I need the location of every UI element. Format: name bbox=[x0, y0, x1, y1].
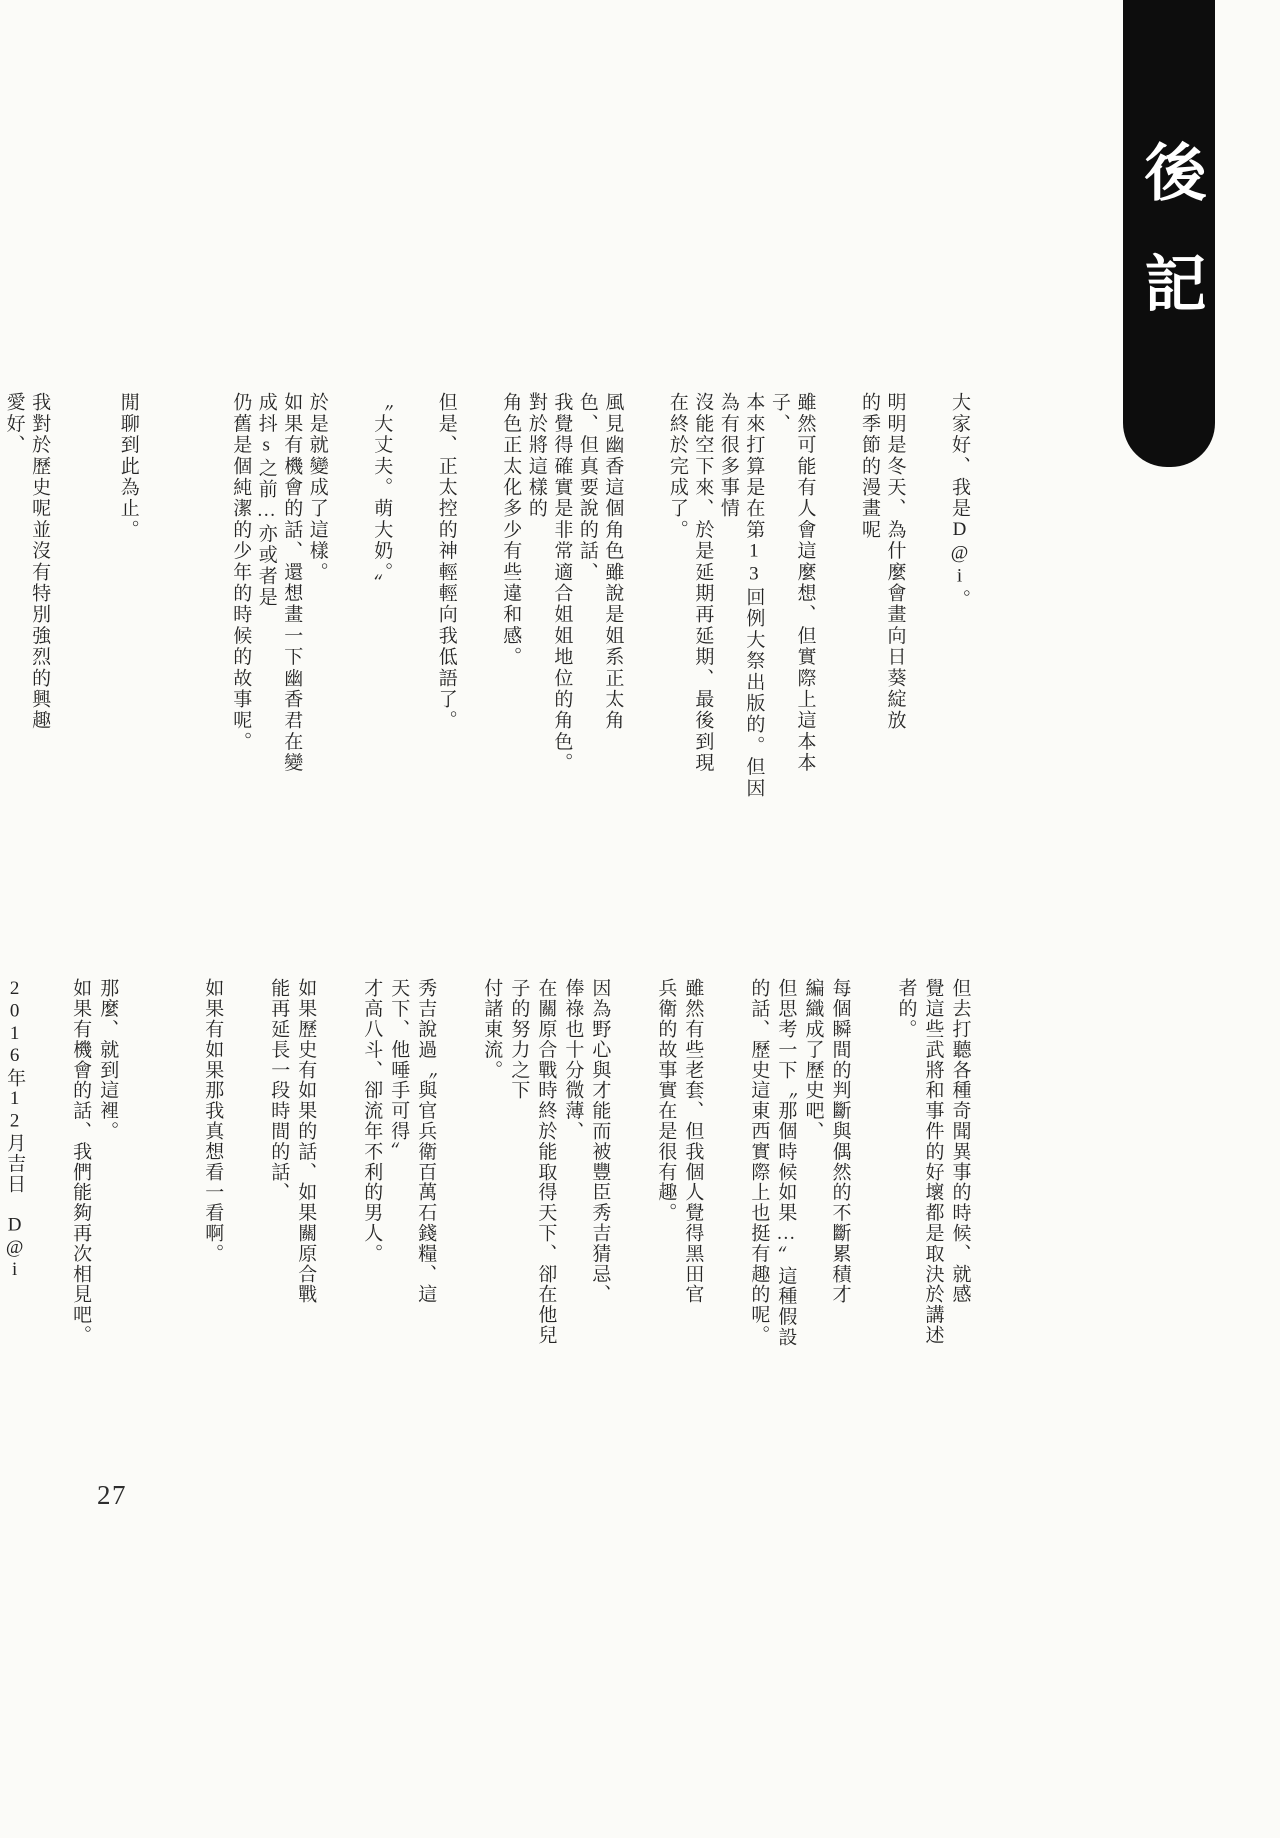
text-column: 愛好、 bbox=[3, 392, 24, 770]
text-column: 如果有機會的話、還想畫一下幽香君在變 bbox=[281, 392, 302, 770]
text-column: 我覺得確實是非常適合姐姐地位的角色。 bbox=[551, 392, 572, 770]
text-column: 俸祿也十分微薄、 bbox=[562, 978, 583, 1354]
text-column: 編織成了歷史吧、 bbox=[802, 978, 823, 1354]
text-column: 色、但真要說的話、 bbox=[576, 392, 597, 770]
text-column: 〝大丈夫。萌大奶。〞 bbox=[371, 392, 431, 770]
text-column: 如果有機會的話、我們能夠再次相見吧。 bbox=[70, 978, 91, 1354]
text-column: 明明是冬天、為什麼會畫向日葵綻放 bbox=[884, 392, 944, 770]
text-column: 閒聊到此為止。 bbox=[117, 392, 177, 770]
afterword-text-block-2: 但去打聽各種奇聞異事的時候、就感覺這些武將和事件的好壞都是取決於講述者的。每個瞬… bbox=[4, 978, 1015, 1354]
text-column: 雖然可能有人會這麼想、但實際上這本本 bbox=[794, 392, 854, 770]
text-column: 如果歷史有如果的話、如果關原合戰 bbox=[295, 978, 355, 1354]
text-column: 仍舊是個純潔的少年的時候的故事呢。 bbox=[230, 392, 251, 770]
text-column: 者的。 bbox=[895, 978, 916, 1354]
text-column: 成抖s之前…亦或者是 bbox=[255, 392, 276, 770]
text-column: 秀吉說過〝與官兵衛百萬石錢糧、這 bbox=[415, 978, 475, 1354]
afterword-tab: 後記 bbox=[1123, 0, 1215, 467]
text-column: 的話、歷史這東西實際上也挺有趣的呢。 bbox=[748, 978, 769, 1354]
text-column: 為有很多事情 bbox=[717, 392, 738, 770]
text-column: 在終於完成了。 bbox=[666, 392, 687, 770]
text-column: 在關原合戰時終於能取得天下、卻在他兒 bbox=[535, 978, 556, 1354]
text-column: 但是、正太控的神輕輕向我低語了。 bbox=[435, 392, 495, 770]
text-column: 兵衛的故事實在是很有趣。 bbox=[655, 978, 676, 1354]
text-column: 因為野心與才能而被豐臣秀吉猜忌、 bbox=[589, 978, 649, 1354]
text-column: 但去打聽各種奇聞異事的時候、就感 bbox=[949, 978, 1009, 1354]
text-column: 於是就變成了這樣。 bbox=[306, 392, 366, 770]
text-column: 大家好、我是D@i。 bbox=[948, 392, 1008, 770]
scanned-afterword-page: 後記 大家好、我是D@i。明明是冬天、為什麼會畫向日葵綻放的季節的漫畫呢雖然可能… bbox=[0, 0, 1280, 1838]
text-column: 2016年12月吉日 D@i bbox=[4, 978, 25, 1354]
text-column: 沒能空下來、於是延期再延期、最後到現 bbox=[692, 392, 713, 770]
text-column: 每個瞬間的判斷與偶然的不斷累積才 bbox=[829, 978, 889, 1354]
text-column: 覺這些武將和事件的好壞都是取決於講述 bbox=[922, 978, 943, 1354]
text-column: 那麼、就到這裡。 bbox=[97, 978, 157, 1354]
text-column: 子、 bbox=[768, 392, 789, 770]
text-column: 雖然有些老套、但我個人覺得黑田官 bbox=[682, 978, 742, 1354]
afterword-tab-label: 後記 bbox=[1138, 0, 1200, 467]
text-column: 能再延長一段時間的話、 bbox=[268, 978, 289, 1354]
afterword-text-block-1: 大家好、我是D@i。明明是冬天、為什麼會畫向日葵綻放的季節的漫畫呢雖然可能有人會… bbox=[0, 392, 1013, 770]
text-column: 天下、他唾手可得〞 bbox=[388, 978, 409, 1354]
text-column: 子的努力之下 bbox=[508, 978, 529, 1354]
text-column: 的季節的漫畫呢 bbox=[858, 392, 879, 770]
text-column: 才高八斗、卻流年不利的男人。 bbox=[361, 978, 382, 1354]
text-column: 角色正太化多少有些違和感。 bbox=[500, 392, 521, 770]
text-column: 如果有如果那我真想看一看啊。 bbox=[202, 978, 262, 1354]
text-column: 風見幽香這個角色雖說是姐系正太角 bbox=[602, 392, 662, 770]
text-column: 本來打算是在第13回例大祭出版的。但因 bbox=[743, 392, 764, 770]
text-column: 對於將這樣的 bbox=[525, 392, 546, 770]
text-column: 我對於歷史呢並沒有特別強烈的興趣 bbox=[29, 392, 89, 770]
page-number: 27 bbox=[97, 1480, 127, 1511]
text-column: 付諸東流。 bbox=[481, 978, 502, 1354]
text-column: 但思考一下〝那個時候如果…〞這種假設 bbox=[775, 978, 796, 1354]
